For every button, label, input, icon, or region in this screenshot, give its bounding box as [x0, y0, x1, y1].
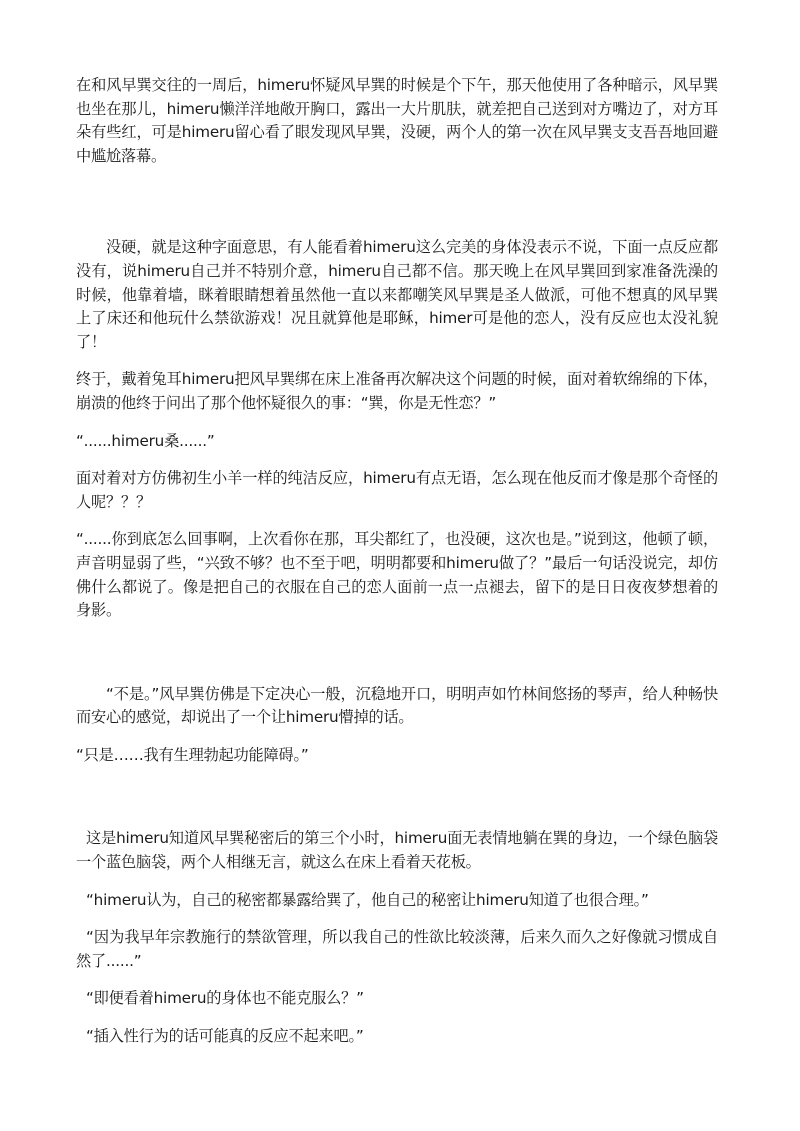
- paragraph-1: 在和风早巽交往的一周后，himeru怀疑风早巽的时候是个下午，那天他使用了各种暗…: [76, 74, 718, 168]
- paragraph-spacer: [76, 875, 718, 889]
- paragraph-10: “himeru认为，自己的秘密都暴露给巽了，他自己的秘密让himeru知道了也很…: [76, 889, 718, 913]
- paragraph-spacer: [76, 912, 718, 926]
- paragraph-5: 面对着对方仿佛初生小羊一样的纯洁反应，himeru有点无语，怎么现在他反而才像是…: [76, 467, 718, 514]
- paragraph-11: “因为我早年宗教施行的禁欲管理，所以我自己的性欲比较淡薄，后来久而久之好像就习惯…: [76, 926, 718, 973]
- paragraph-4: “......himeru桑......”: [76, 430, 718, 454]
- paragraph-spacer: [76, 767, 718, 827]
- paragraph-spacer: [76, 514, 718, 528]
- paragraph-spacer: [76, 354, 718, 368]
- paragraph-13: “插入性行为的话可能真的反应不起来吧。”: [76, 1025, 718, 1049]
- paragraph-spacer: [76, 168, 718, 236]
- paragraph-2: 没硬，就是这种字面意思，有人能看着himeru这么完美的身体没表示不说，下面一点…: [76, 236, 718, 354]
- paragraph-spacer: [76, 973, 718, 987]
- paragraph-9: 这是himeru知道风早巽秘密后的第三个小时，himeru面无表情地躺在巽的身边…: [76, 827, 718, 874]
- paragraph-spacer: [76, 416, 718, 430]
- paragraph-spacer: [76, 1011, 718, 1025]
- paragraph-6: “......你到底怎么回事啊，上次看你在那，耳尖都红了，也没硬，这次也是。”说…: [76, 528, 718, 622]
- paragraph-spacer: [76, 453, 718, 467]
- paragraph-7: “不是。”风早巽仿佛是下定决心一般，沉稳地开口，明明声如竹林间悠扬的琴声，给人种…: [76, 683, 718, 730]
- paragraph-spacer: [76, 730, 718, 744]
- paragraph-12: “即便看着himeru的身体也不能克服么？”: [76, 987, 718, 1011]
- document-page: 在和风早巽交往的一周后，himeru怀疑风早巽的时候是个下午，那天他使用了各种暗…: [76, 74, 718, 1049]
- paragraph-spacer: [76, 623, 718, 683]
- paragraph-3: 终于，戴着兔耳himeru把风早巽绑在床上准备再次解决这个问题的时候，面对着软绵…: [76, 368, 718, 415]
- paragraph-8: “只是……我有生理勃起功能障碍。”: [76, 744, 718, 768]
